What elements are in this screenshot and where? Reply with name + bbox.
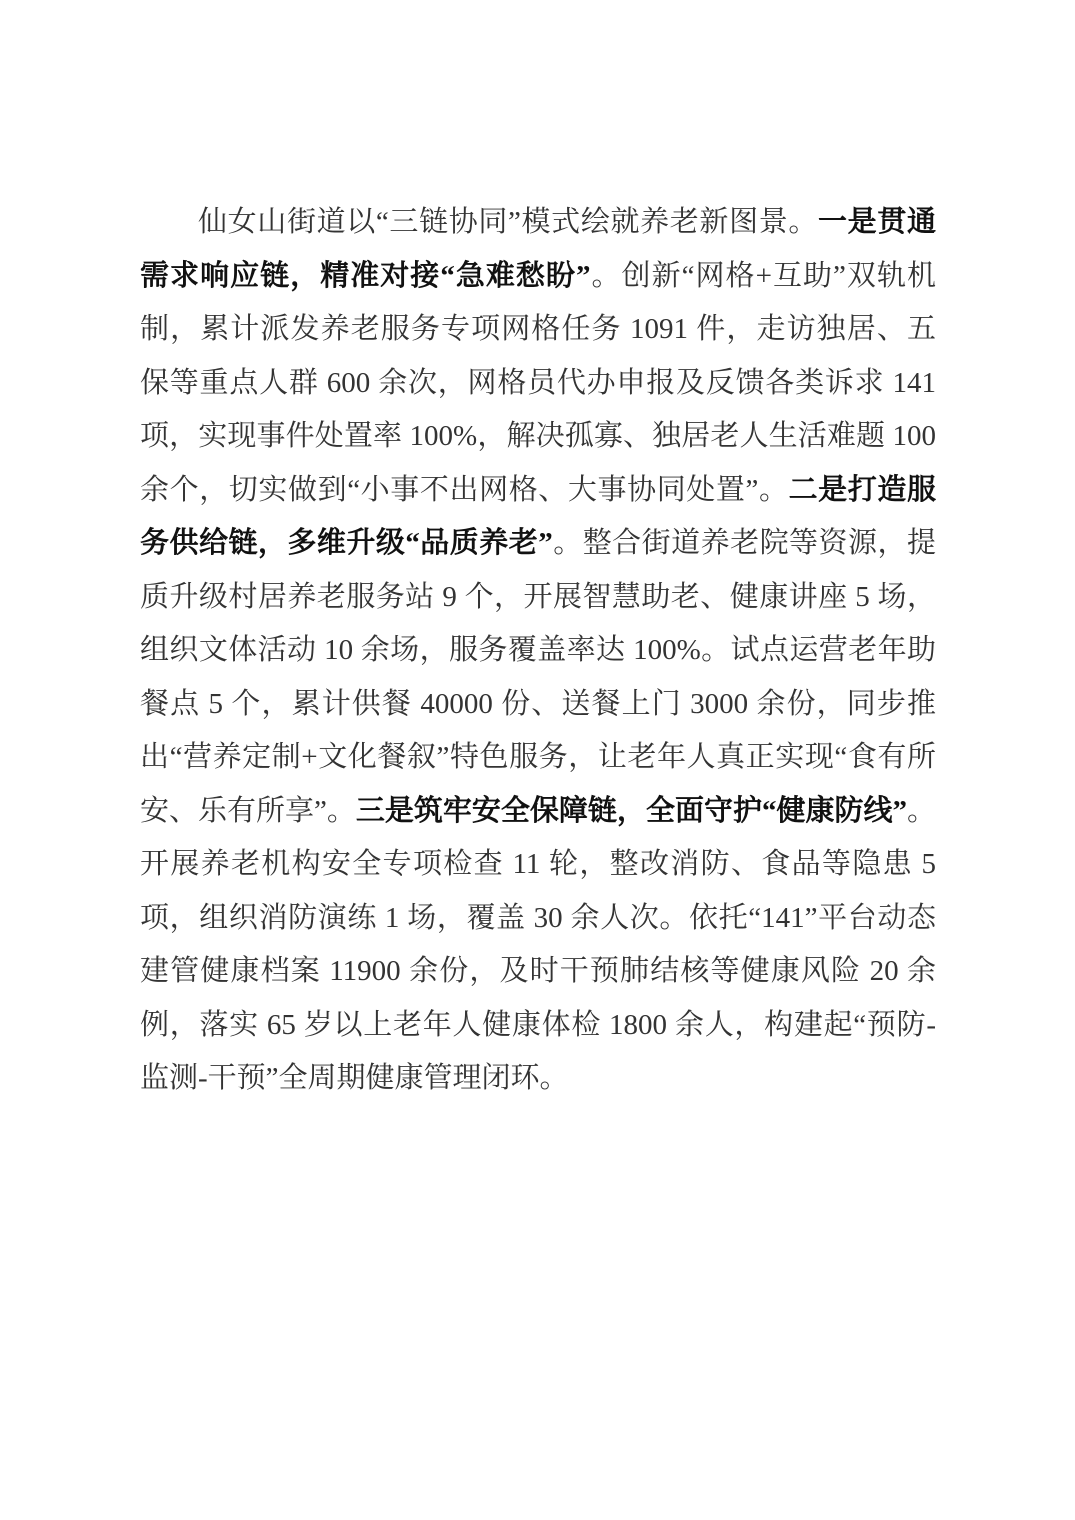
text-segment: 。创新“网格+互助”双轨机制，累计派发养老服务专项网格任务 1091 件，走访独…	[140, 260, 936, 506]
emphasis-segment: 三是筑牢安全保障链，全面守护“健康防线”	[356, 795, 907, 827]
text-segment: 。开展养老机构安全专项检查 11 轮，整改消防、食品等隐患 5 项，组织消防演练…	[140, 795, 936, 1095]
body-text-paragraph: 仙女山街道以“三链协同”模式绘就养老新图景。一是贯通需求响应链，精准对接“急难愁…	[140, 196, 936, 1106]
text-segment: 。整合街道养老院等资源，提质升级村居养老服务站 9 个，开展智慧助老、健康讲座 …	[140, 527, 936, 827]
document-page: 仙女山街道以“三链协同”模式绘就养老新图景。一是贯通需求响应链，精准对接“急难愁…	[0, 0, 1075, 1520]
text-segment: 仙女山街道以“三链协同”模式绘就养老新图景。	[198, 206, 818, 238]
